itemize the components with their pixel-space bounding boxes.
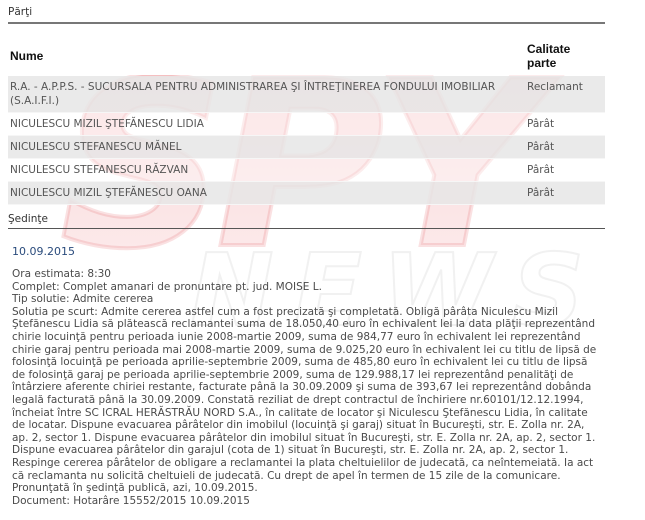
parti-table: Nume Calitate parte R.A. - A.P.P.S. - SU… — [8, 42, 605, 205]
table-row: R.A. - A.P.P.S. - SUCURSALA PENTRU ADMIN… — [8, 76, 605, 113]
table-row: NICULESCU STEFANESCU MĂNEL Pârât — [8, 136, 605, 159]
party-name: NICULESCU STEFANESCU MĂNEL — [8, 136, 525, 159]
sedinta-details: Ora estimata: 8:30 Complet: Complet aman… — [12, 268, 602, 507]
sedinta-date: 10.09.2015 — [12, 245, 605, 258]
party-role: Pârât — [525, 136, 605, 159]
column-header-nume: Nume — [8, 42, 525, 76]
dosar-content: Părţi Nume Calitate parte R.A. - A.P.P.S… — [8, 0, 605, 507]
table-row: NICULESCU MIZIL ŞTEFĂNESCU LIDIA Pârât — [8, 113, 605, 136]
party-name: NICULESCU MIZIL ŞTEFĂNESCU OANA — [8, 182, 525, 205]
table-row: NICULESCU STEFANESCU RĂZVAN Pârât — [8, 159, 605, 182]
parti-header-row: Nume Calitate parte — [8, 42, 605, 76]
document-ref: Document: Hotarâre 15552/2015 10.09.2015 — [12, 495, 602, 508]
party-role: Pârât — [525, 113, 605, 136]
table-row: NICULESCU MIZIL ŞTEFĂNESCU OANA Pârât — [8, 182, 605, 205]
sedinta-entry: 10.09.2015 Ora estimata: 8:30 Complet: C… — [8, 245, 605, 507]
party-role: Pârât — [525, 182, 605, 205]
solutie-pe-scurt: Solutia pe scurt: Admite cererea astfel … — [12, 306, 602, 495]
ora-estimata: Ora estimata: 8:30 — [12, 268, 602, 281]
column-header-calitate: Calitate parte — [525, 42, 605, 76]
party-name: NICULESCU MIZIL ŞTEFĂNESCU LIDIA — [8, 113, 525, 136]
party-name: NICULESCU STEFANESCU RĂZVAN — [8, 159, 525, 182]
complet: Complet: Complet amanari de pronuntare p… — [12, 281, 602, 294]
sedinte-section-title: Şedinţe — [8, 205, 605, 229]
parti-section-title: Părţi — [8, 0, 605, 24]
tip-solutie: Tip solutie: Admite cererea — [12, 293, 602, 306]
party-role: Reclamant — [525, 76, 605, 113]
party-role: Pârât — [525, 159, 605, 182]
party-name: R.A. - A.P.P.S. - SUCURSALA PENTRU ADMIN… — [8, 76, 525, 113]
